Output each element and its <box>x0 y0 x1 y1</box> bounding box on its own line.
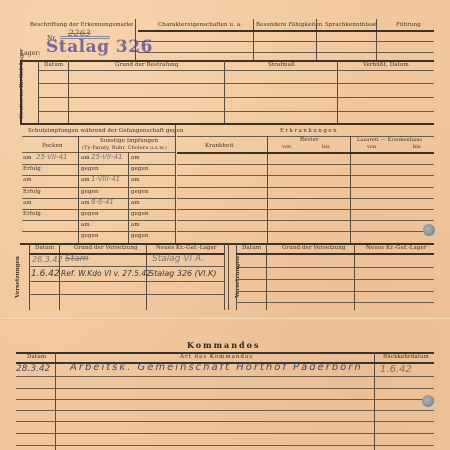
vaccination-cell: am <box>81 177 90 183</box>
fold-crease <box>0 317 450 320</box>
transfer-col-reason-2: Grund der Versetzung <box>282 245 346 251</box>
vaccination-cell: gegen <box>81 233 99 239</box>
vaccination-cell: am <box>23 177 32 183</box>
rule <box>177 231 434 232</box>
vaccination-cell: 25-VII-41 <box>91 153 123 161</box>
rule <box>236 267 434 268</box>
col-other: Sonstige Impfungen <box>100 138 158 144</box>
vaccination-cell: am <box>131 222 140 228</box>
rule <box>22 187 175 188</box>
rule <box>16 399 434 400</box>
vaccination-cell: 25-VII-41 <box>36 153 68 161</box>
vaccination-cell: gegen <box>131 189 149 195</box>
transfer-camp: Stalag VI A. <box>152 254 204 264</box>
col-reason: Grund der Bestrafung <box>115 62 178 68</box>
col-illness: Krankheit <box>205 143 234 149</box>
rule <box>38 97 434 98</box>
rule <box>177 209 434 210</box>
rule <box>38 83 434 84</box>
rule <box>38 111 434 112</box>
transfer-col-date: Datum <box>35 245 54 251</box>
vaccination-cell: am <box>131 200 140 206</box>
vaccination-cell: 8-8-41 <box>91 198 114 206</box>
vaccination-cell: gegen <box>81 211 99 217</box>
rule <box>20 123 434 125</box>
transfer-reason: Stam <box>65 254 89 264</box>
vaccination-cell: am <box>23 200 32 206</box>
vaccinations-title: Schutzimpfungen während der Gefangenscha… <box>28 128 184 134</box>
vaccination-cell: gegen <box>131 211 149 217</box>
rule <box>16 445 434 446</box>
kommando-col-return: Rückkehrdatum <box>383 354 429 360</box>
kommandos-title: Kommandos <box>187 340 260 350</box>
hospital-to: bis <box>413 144 421 150</box>
rule <box>16 388 434 389</box>
vaccination-cell: gegen <box>131 233 149 239</box>
rule <box>22 209 175 210</box>
col-languages: Sprachkenntnisse <box>325 22 377 28</box>
rule <box>29 281 224 282</box>
rule <box>29 266 224 267</box>
col-served-date: Verbüßt, Datum <box>363 62 409 68</box>
transfer-col-camp-2: Neues Kr.-Gef.-Lager <box>366 245 427 251</box>
vaccination-cell: Erfolg <box>23 166 41 172</box>
vaccination-cell: am <box>81 222 90 228</box>
transfer-date: 28.3.42 <box>32 255 63 264</box>
rule <box>177 198 434 199</box>
transfer-camp: Stalag 326 (VI.K) <box>149 269 217 278</box>
hospital-from: von <box>367 144 376 150</box>
col-other-sub: (Ty-Paraty, Ruhr, Cholera u.s.w.) <box>82 145 167 151</box>
vaccination-cell: gegen <box>81 189 99 195</box>
transfer-reason: Ref. W.Kdo VI v. 27.5.42 <box>61 269 151 278</box>
col-smallpox: Pocken <box>42 143 63 149</box>
illnesses-title: Erkrankungen <box>280 128 338 134</box>
rule <box>236 253 434 255</box>
kommando-col-date: Datum <box>27 354 46 360</box>
rule <box>55 352 56 450</box>
divider <box>135 19 136 60</box>
camp-stamp: Stalag 326 <box>46 37 153 57</box>
revier-from: von <box>282 144 291 150</box>
divider <box>376 19 377 60</box>
vaccination-cell: am <box>23 155 32 161</box>
id-tag-label: Beschriftung der Erkennungsmarke <box>30 22 134 28</box>
rule <box>236 279 434 280</box>
rule <box>177 220 434 221</box>
kommando-return-date: 1.6.42 <box>380 364 412 375</box>
col-hospital: Lazarett — Krankenhaus <box>357 137 422 143</box>
divider <box>253 19 254 60</box>
vaccination-cell: gegen <box>131 166 149 172</box>
transfers-side-label: Versetzungen <box>15 247 21 307</box>
rule <box>175 125 176 243</box>
col-penalty: Strafmaß <box>268 62 295 68</box>
vaccination-cell: am <box>81 155 90 161</box>
rule <box>22 136 175 137</box>
kommando-col-type: Art des Kommandos <box>180 354 253 360</box>
rule <box>22 164 175 165</box>
rule <box>138 30 434 32</box>
rule <box>16 376 434 377</box>
col-abilities: Besondere Fähigkeiten <box>256 22 322 28</box>
rule <box>22 231 175 232</box>
kommando-type: Arbeitsk. Gemeinschaft Hörthof Paderborn <box>70 362 363 373</box>
vaccination-cell: Erfolg <box>23 189 41 195</box>
record-card: Beschriftung der Erkennungsmarke Nr. 226… <box>0 0 450 450</box>
transfer-col-camp: Neues Kr.-Gef.-Lager <box>156 245 217 251</box>
rule <box>224 243 225 310</box>
vaccination-cell: am <box>81 200 90 206</box>
rule <box>138 52 434 53</box>
rule <box>236 291 434 292</box>
transfer-col-date-2: Datum <box>242 245 261 251</box>
vaccination-cell: 1-VIII-41 <box>91 175 120 183</box>
transfer-col-reason: Grund der Versetzung <box>74 245 138 251</box>
transfer-date: 1.6.42 <box>31 269 60 279</box>
punishments-side-label: Strafen im Kr.-Gef.-Lager <box>19 59 25 119</box>
rule <box>29 294 224 295</box>
rule <box>177 187 434 188</box>
col-conduct: Führung <box>396 22 421 28</box>
rule <box>22 220 175 221</box>
kommando-date: 28.3.42 <box>16 364 50 374</box>
rule <box>228 243 229 310</box>
col-character: Charaktereigenschaften u. a. <box>158 22 242 28</box>
rule <box>16 421 434 422</box>
rule <box>138 41 434 42</box>
vaccination-cell: Erfolg <box>23 211 41 217</box>
rule <box>16 433 434 434</box>
vaccination-cell: am <box>131 155 140 161</box>
col-revier: Revier <box>300 137 319 143</box>
punch-hole <box>423 224 435 236</box>
divider <box>316 19 317 60</box>
rule <box>177 175 434 176</box>
revier-to: bis <box>322 144 330 150</box>
rule <box>177 164 434 165</box>
rule <box>177 152 434 154</box>
col-date: Datum <box>44 62 63 68</box>
vaccination-cell: gegen <box>81 166 99 172</box>
rule <box>16 410 434 411</box>
rule <box>374 352 375 450</box>
punch-hole <box>422 395 434 407</box>
vaccination-cell: am <box>131 177 140 183</box>
rule <box>38 70 434 71</box>
rule <box>236 302 434 303</box>
